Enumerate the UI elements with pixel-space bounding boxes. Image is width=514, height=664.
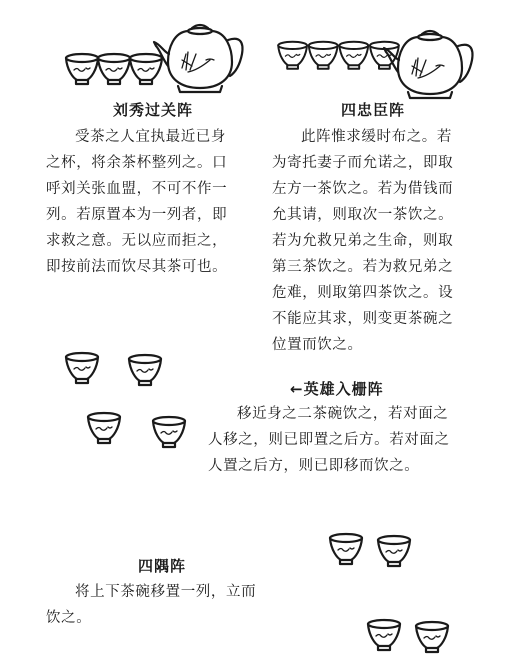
text-line: 呼刘关张血盟，不可不作一	[46, 176, 256, 202]
text-line: 求救之意。无以应而拒之，	[46, 228, 256, 254]
text-line: 饮之。	[46, 605, 286, 631]
text-line: 受茶之人宜执最近已身	[46, 124, 256, 150]
section-title-ying-xiong: ←英雄入栅阵	[290, 378, 384, 399]
text-line: 人置之后方，则已即移而饮之。	[208, 453, 508, 479]
section-body-si-zhong-chen: 此阵惟求缓时布之。若 为寄托妻子而允诺之，即取 左方一茶饮之。若为借钱而 允其请…	[272, 124, 502, 358]
section-body-ying-xiong: 移近身之二茶碗饮之，若对面之 人移之，则已即置之后方。若对面之 人置之后方，则已…	[208, 401, 508, 479]
illustration-three-cups-teapot	[60, 18, 240, 88]
illustration-four-cups-staggered	[50, 345, 200, 455]
section-title-si-yu: 四隅阵	[138, 555, 186, 576]
text-line: 移近身之二茶碗饮之，若对面之	[208, 401, 508, 427]
text-line: 即按前法而饮尽其茶可也。	[46, 254, 256, 280]
illustration-four-cups-corners	[320, 528, 460, 658]
section-body-liu-xiu: 受茶之人宜执最近已身 之杯，将余茶杯整列之。口 呼刘关张血盟，不可不作一 列。若…	[46, 124, 256, 280]
text-line: 若为允救兄弟之生命，则取	[272, 228, 502, 254]
text-line: 此阵惟求缓时布之。若	[272, 124, 502, 150]
text-line: 第三茶饮之。若为救兄弟之	[272, 254, 502, 280]
text-line: 将上下茶碗移置一列，立而	[46, 579, 286, 605]
text-line: 为寄托妻子而允诺之，即取	[272, 150, 502, 176]
section-title-si-zhong-chen: 四忠臣阵	[341, 99, 405, 120]
text-line: 人移之，则已即置之后方。若对面之	[208, 427, 508, 453]
four-cups-corners-icon	[320, 528, 460, 658]
text-line: 不能应其求，则变更茶碗之	[272, 306, 502, 332]
section-body-si-yu: 将上下茶碗移置一列，立而 饮之。	[46, 579, 286, 631]
teapot-three-cups-icon	[60, 18, 240, 88]
text-line: 之杯，将余茶杯整列之。口	[46, 150, 256, 176]
teapot-four-cups-icon	[280, 22, 480, 92]
text-line: 位置而饮之。	[272, 332, 502, 358]
text-line: 允其请，则取次一茶饮之。	[272, 202, 502, 228]
text-line: 危难，则取第四茶饮之。设	[272, 280, 502, 306]
four-cups-staggered-icon	[50, 345, 200, 455]
text-line: 左方一茶饮之。若为借钱而	[272, 176, 502, 202]
illustration-four-cups-teapot	[280, 22, 480, 92]
section-title-liu-xiu: 刘秀过关阵	[113, 99, 193, 120]
text-line: 列。若原置本为一列者，即	[46, 202, 256, 228]
